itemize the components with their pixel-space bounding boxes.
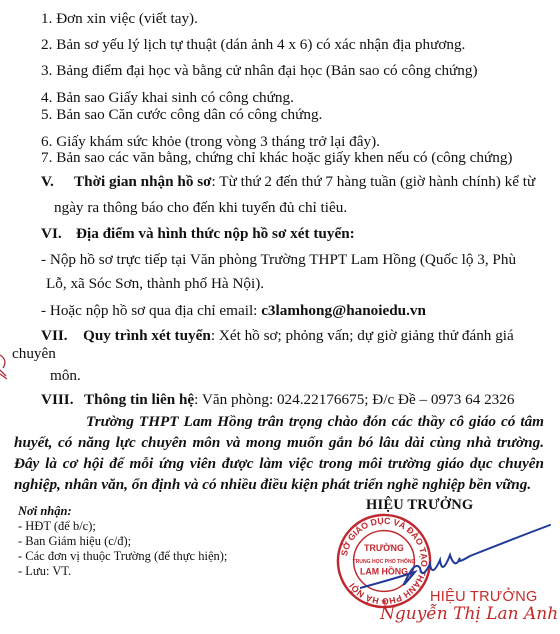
section-viii-number: VIII. — [41, 391, 84, 409]
email-link[interactable]: c3lamhong@hanoiedu.vn — [261, 302, 426, 319]
section-viii-title: Thông tin liên hệ — [84, 391, 194, 408]
section-vii-title: Quy trình xét tuyển — [83, 327, 211, 344]
document-item-5: 5. Bản sao Căn cước công dân có công chứ… — [41, 106, 322, 124]
email-prefix: - Hoặc nộp hồ sơ qua địa chỉ email: — [41, 302, 261, 319]
recipients-title: Nơi nhận: — [18, 504, 72, 519]
section-v-text: : Từ thứ 2 đến thứ 7 hàng tuần (giờ hành… — [212, 173, 536, 190]
stamp-edge-fragment — [0, 350, 12, 380]
document-item-7: 7. Bản sao các văn bằng, chứng chỉ khác … — [41, 149, 513, 167]
section-vii-text: : Xét hồ sơ; phỏng vấn; dự giờ giảng thử… — [211, 327, 514, 344]
document-item-1: 1. Đơn xin việc (viết tay). — [41, 10, 198, 28]
section-vi-number: VI. — [41, 225, 76, 243]
section-vi-email-line: - Hoặc nộp hồ sơ qua địa chỉ email: c3la… — [41, 302, 426, 320]
section-vi-title: Địa điểm và hình thức nộp hồ sơ xét tuyể… — [76, 225, 355, 242]
stamp-signature-title: HIỆU TRƯỞNG — [430, 589, 538, 605]
section-vi: VI.Địa điểm và hình thức nộp hồ sơ xét t… — [41, 225, 355, 243]
section-vii-number: VII. — [41, 327, 83, 345]
section-vi-line2: Lỗ, xã Sóc Sơn, thành phố Hà Nội). — [46, 275, 264, 293]
section-viii-text: : Văn phòng: 024.22176675; Đ/c Đề – 0973… — [194, 391, 514, 408]
document-item-4: 4. Bản sao Giấy khai sinh có công chứng. — [41, 89, 294, 107]
recipient-item: - HĐT (để b/c); — [18, 519, 96, 534]
section-v-title: Thời gian nhận hồ sơ — [74, 173, 212, 190]
section-v-number: V. — [41, 173, 74, 191]
document-item-3: 3. Bảng điểm đại học và bằng cử nhân đại… — [41, 62, 478, 80]
section-v: V.Thời gian nhận hồ sơ: Từ thứ 2 đến thứ… — [41, 173, 535, 191]
section-viii: VIII.Thông tin liên hệ: Văn phòng: 024.2… — [41, 391, 514, 409]
closing-paragraph: Trường THPT Lam Hồng trân trọng chào đón… — [14, 411, 544, 495]
section-vi-line1: - Nộp hồ sơ trực tiếp tại Văn phòng Trườ… — [41, 251, 516, 269]
recipient-item: - Lưu: VT. — [18, 564, 71, 579]
section-vii: VII.Quy trình xét tuyển: Xét hồ sơ; phỏn… — [41, 327, 514, 345]
section-v-continuation: ngày ra thông báo cho đến khi tuyển đủ c… — [54, 199, 347, 217]
section-vii-continuation-1: chuyên — [12, 345, 56, 363]
section-vii-continuation-2: môn. — [50, 367, 81, 385]
document-item-2: 2. Bản sơ yếu lý lịch tự thuật (dán ảnh … — [41, 36, 465, 54]
recipient-item: - Các đơn vị thuộc Trường (để thực hiện)… — [18, 549, 227, 564]
signer-name: Nguyễn Thị Lan Anh — [380, 604, 558, 624]
recipient-item: - Ban Giám hiệu (c/đ); — [18, 534, 131, 549]
